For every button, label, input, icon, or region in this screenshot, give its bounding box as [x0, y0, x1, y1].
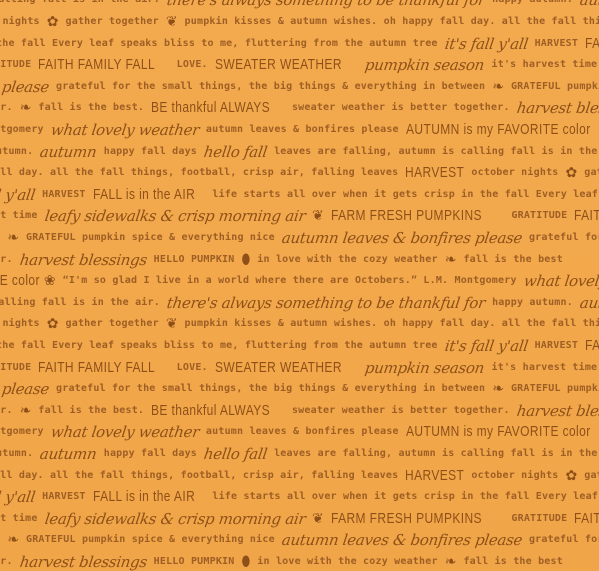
pattern-row: er.harvest blessingsHELLO PUMPKIN⬮in lov…	[0, 248, 570, 270]
typewriter-text: HARVEST	[535, 335, 579, 357]
typewriter-text: grateful for the small things, the big t…	[56, 378, 485, 400]
caps-text: FALL is in the AIR	[93, 184, 195, 206]
typewriter-text: life starts all over when it gets crisp …	[212, 486, 599, 508]
script-text: autumn leaves & bonfires please	[280, 227, 523, 249]
pattern-row: utumn.autumnhappy fall dayshello falllea…	[0, 140, 599, 162]
leaf-icon: ❧	[492, 378, 504, 400]
leaves-icon: ❧	[445, 551, 457, 571]
typewriter-text: fall is the best.	[38, 400, 144, 422]
script-text: ll y'all	[0, 486, 37, 508]
typewriter-text: r nights	[0, 313, 40, 335]
typewriter-text: autumn leaves & bonfires please	[206, 421, 399, 443]
script-text: harvest blessings	[18, 249, 148, 271]
pattern-row: pleasegrateful for the small things, the…	[2, 378, 599, 400]
typewriter-text: HARVEST	[535, 33, 579, 55]
script-text: leafy sidewalks & crisp morning air	[43, 205, 306, 227]
typewriter-text: it's harvest time	[492, 54, 598, 76]
typewriter-text: GRATEFUL pumpkin	[511, 378, 599, 400]
script-text: hello fall	[202, 443, 268, 465]
script-text: ll y'all	[0, 184, 37, 206]
autumn-text-fabric-pattern: falling fall is in the air.there's alway…	[0, 0, 599, 571]
pattern-row: n❧GRATEFUL pumpkin spice & everything ni…	[0, 529, 599, 551]
typewriter-text: ntgomery	[0, 119, 44, 141]
typewriter-text: life starts all over when it gets crisp …	[212, 184, 599, 206]
typewriter-text: in love with the cozy weather	[257, 249, 437, 271]
typewriter-text: st time	[0, 508, 38, 530]
caps-text: TE color	[0, 270, 40, 292]
script-text: there's always something to be thankful …	[165, 292, 486, 314]
caps-text: FARM FRESH PUMPKINS	[331, 508, 482, 530]
typewriter-text: LOVE.	[177, 357, 208, 379]
script-text: leafy sidewalks & crisp morning air	[43, 508, 306, 530]
pattern-row: er.harvest blessingsHELLO PUMPKIN⬮in lov…	[0, 551, 570, 571]
leaves-icon: ❧	[20, 97, 32, 119]
caps-text: FARM FRESH PUMPKINS	[331, 205, 482, 227]
leaf-icon: ❧	[492, 76, 504, 98]
typewriter-text: october nights	[471, 162, 558, 184]
typewriter-text: st time	[0, 205, 38, 227]
typewriter-text: october nights	[471, 465, 558, 487]
caps-text: FALL is	[585, 335, 599, 357]
typewriter-text: pumpkin kisses & autumn wishes. oh happy…	[185, 313, 599, 335]
sunflower-icon: ✿	[566, 162, 578, 184]
pattern-row: the fall Every leaf speaks bliss to me, …	[0, 32, 599, 54]
caps-text: FAITH FAMILY FA	[574, 508, 599, 530]
sunflower-icon: ✿	[47, 313, 59, 335]
sunflower-icon: ✿	[566, 465, 578, 487]
typewriter-text: GRATITUDE	[511, 508, 567, 530]
typewriter-text: happy fall days	[104, 141, 197, 163]
typewriter-text: grateful for th	[529, 227, 599, 249]
acorn-icon: ❦	[166, 11, 178, 33]
typewriter-text: the fall Every leaf speaks bliss to me, …	[0, 335, 438, 357]
typewriter-text: er.	[0, 400, 13, 422]
typewriter-text: HELLO PUMPKIN	[154, 249, 235, 271]
pattern-row: ll y'allHARVESTFALL is in the AIRlife st…	[0, 183, 599, 205]
script-text: what lovely wea	[522, 270, 599, 292]
pattern-row: TITUDEFAITH FAMILY FALLLOVE.SWEATER WEAT…	[0, 356, 599, 378]
typewriter-text: grateful for the small things, the big t…	[56, 76, 485, 98]
pattern-row: n❧GRATEFUL pumpkin spice & everything ni…	[0, 227, 599, 249]
typewriter-text: all day. all the fall things, football, …	[0, 465, 398, 487]
typewriter-text: HARVEST	[42, 486, 86, 508]
script-text: it's fall y'all	[443, 335, 529, 357]
script-text: harvest blessings	[515, 400, 599, 422]
typewriter-text: HELLO PUMPKIN	[154, 551, 235, 571]
typewriter-text: GRATITUDE	[511, 205, 567, 227]
pattern-row: pleasegrateful for the small things, the…	[2, 75, 599, 97]
script-text: pumpkin season	[364, 54, 486, 76]
pattern-row: er.❧fall is the best.BE thankful ALWAYSs…	[0, 97, 599, 119]
typewriter-text: er.	[0, 97, 13, 119]
typewriter-text: happy autumn.	[492, 292, 573, 314]
script-text: autumn	[39, 443, 98, 465]
pattern-row: r nights✿gather together❦pumpkin kisses …	[0, 313, 599, 335]
typewriter-text: in love with the cozy weather	[257, 551, 437, 571]
caps-text: FALL is	[585, 33, 599, 55]
typewriter-text: it's harvest time	[492, 357, 598, 379]
typewriter-text: sweater weather is better together.	[292, 97, 510, 119]
typewriter-text: falling fall is in the air.	[0, 292, 160, 314]
pattern-row: st timeleafy sidewalks & crisp morning a…	[0, 507, 599, 529]
script-text: harvest blessings	[18, 551, 148, 571]
typewriter-text: r nights	[0, 11, 40, 33]
pattern-row: st timeleafy sidewalks & crisp morning a…	[0, 205, 599, 227]
script-text: harvest blessings	[515, 97, 599, 119]
typewriter-text: fall is the best	[463, 551, 563, 571]
typewriter-text: “I'm so glad I live in a world where the…	[63, 270, 517, 292]
typewriter-text: gather together	[66, 313, 159, 335]
pattern-row: ntgomerywhat lovely weatherautumn leaves…	[0, 119, 599, 141]
typewriter-text: gather to	[584, 465, 599, 487]
typewriter-text: pumpkin kisses & autumn wishes. oh happy…	[185, 11, 599, 33]
typewriter-text: autumn leaves & bonfires please	[206, 119, 399, 141]
script-text: hello fall	[202, 141, 268, 163]
script-text: autumn	[39, 141, 98, 163]
typewriter-text: happy fall days	[104, 443, 197, 465]
script-text: please	[0, 76, 50, 98]
caps-text: AUTUMN is my FAVORITE color	[406, 119, 591, 141]
script-text: please	[0, 378, 50, 400]
caps-text: BE thankful ALWAYS	[151, 97, 270, 119]
script-text: what lovely weather	[49, 421, 200, 443]
pumpkin-icon: ⬮	[242, 249, 251, 271]
typewriter-text: all day. all the fall things, football, …	[0, 162, 398, 184]
typewriter-text: gather to	[584, 162, 599, 184]
typewriter-text: leaves are falling, autumn is calling fa…	[274, 443, 599, 465]
typewriter-text: TITUDE	[0, 357, 31, 379]
typewriter-text: utumn.	[0, 141, 33, 163]
typewriter-text: GRATEFUL pumpkin	[511, 76, 599, 98]
caps-text: FALL is in the AIR	[93, 486, 195, 508]
pattern-row: the fall Every leaf speaks bliss to me, …	[0, 335, 599, 357]
pattern-row: falling fall is in the air.there's alway…	[0, 291, 599, 313]
caps-text: FAITH FAMILY FA	[574, 205, 599, 227]
pattern-row: TE color❀“I'm so glad I live in a world …	[0, 270, 599, 292]
pattern-row: ll y'allHARVESTFALL is in the AIRlife st…	[0, 486, 599, 508]
pattern-row: TITUDEFAITH FAMILY FALLLOVE.SWEATER WEAT…	[0, 54, 599, 76]
bunny-icon: ❀	[44, 270, 56, 292]
caps-text: AUTUMN is my FAVORITE color	[406, 421, 591, 443]
caps-text: SWEATER WEATHER	[215, 357, 342, 379]
leaf-icon: ❧	[7, 529, 19, 551]
typewriter-text: grateful for th	[529, 529, 599, 551]
caps-text: FAITH FAMILY FALL	[38, 357, 155, 379]
typewriter-text: GRATEFUL pumpkin spice & everything nice	[26, 227, 275, 249]
typewriter-text: fall is the best	[463, 249, 563, 271]
typewriter-text: HARVEST	[42, 184, 86, 206]
typewriter-text: LOVE.	[177, 54, 208, 76]
pumpkin-icon: ⬮	[242, 551, 251, 571]
sunflower-icon: ✿	[47, 11, 59, 33]
pattern-row: ntgomerywhat lovely weatherautumn leaves…	[0, 421, 599, 443]
typewriter-text: utumn.	[0, 443, 33, 465]
caps-text: BE thankful ALWAYS	[151, 400, 270, 422]
pattern-row: falling fall is in the air.there's alway…	[0, 0, 599, 11]
leaf-icon: ❧	[7, 227, 19, 249]
script-text: it's fall y'all	[443, 33, 529, 55]
oak-leaf-acorn-icon: ❦	[312, 508, 324, 530]
oak-leaf-acorn-icon: ❦	[312, 205, 324, 227]
pattern-row: er.❧fall is the best.BE thankful ALWAYSs…	[0, 399, 599, 421]
acorn-icon: ❦	[166, 313, 178, 335]
typewriter-text: sweater weather is better together.	[292, 400, 510, 422]
script-text: autumn	[578, 292, 599, 314]
caps-text: SWEATER WEATHER	[215, 54, 342, 76]
pattern-row: all day. all the fall things, football, …	[0, 162, 599, 184]
caps-text: FAITH FAMILY FALL	[38, 54, 155, 76]
typewriter-text: gather together	[66, 11, 159, 33]
typewriter-text: GRATEFUL pumpkin spice & everything nice	[26, 529, 275, 551]
caps-text: HARVEST	[405, 162, 464, 184]
pattern-row: r nights✿gather together❦pumpkin kisses …	[0, 11, 599, 33]
typewriter-text: the fall Every leaf speaks bliss to me, …	[0, 33, 438, 55]
typewriter-text: er.	[0, 551, 13, 571]
script-text: pumpkin season	[364, 357, 486, 379]
script-text: what lovely weather	[49, 119, 200, 141]
leaves-icon: ❧	[20, 400, 32, 422]
leaves-icon: ❧	[445, 249, 457, 271]
typewriter-text: TITUDE	[0, 54, 31, 76]
typewriter-text: er.	[0, 249, 13, 271]
typewriter-text: ntgomery	[0, 421, 44, 443]
typewriter-text: leaves are falling, autumn is calling fa…	[274, 141, 599, 163]
pattern-row: all day. all the fall things, football, …	[0, 464, 599, 486]
script-text: autumn leaves & bonfires please	[280, 529, 523, 551]
pattern-row: utumn.autumnhappy fall dayshello falllea…	[0, 443, 599, 465]
caps-text: HARVEST	[405, 465, 464, 487]
typewriter-text: fall is the best.	[38, 97, 144, 119]
